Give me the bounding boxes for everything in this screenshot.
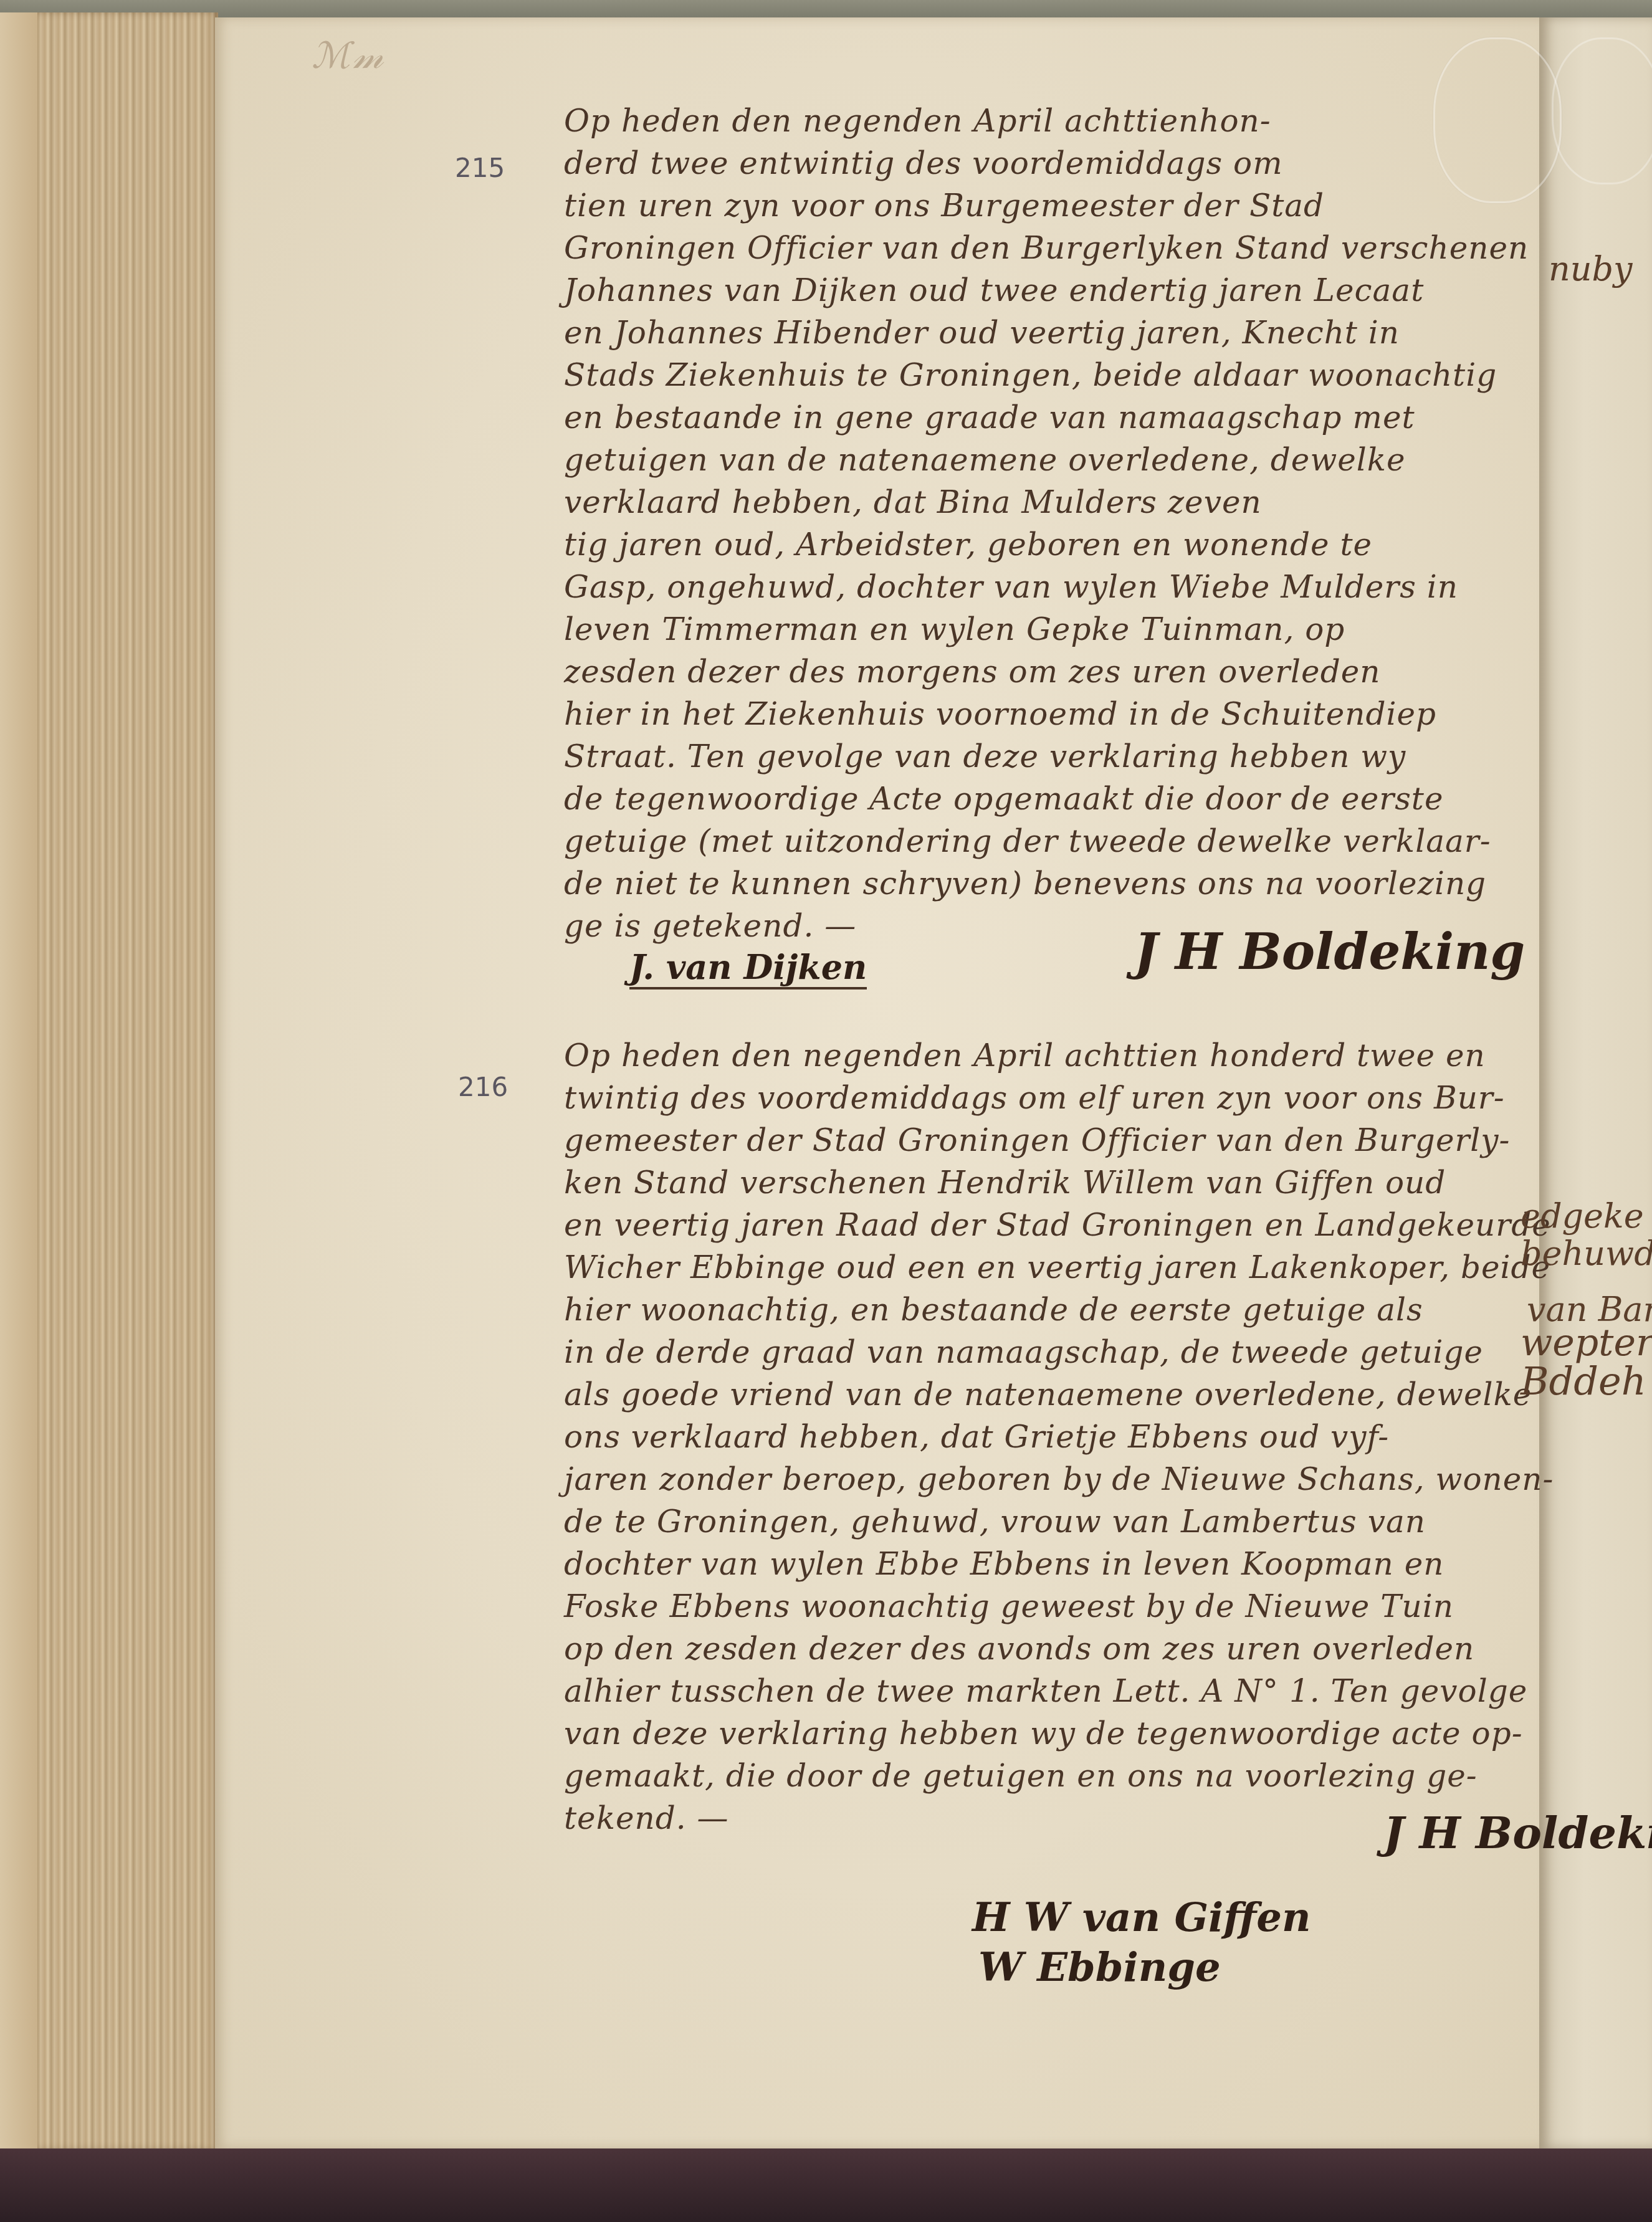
handwritten-line: Groningen Officier van den Burgerlyken S… bbox=[564, 230, 1529, 266]
signature-registrar: J H Boldeking bbox=[1383, 1807, 1652, 1859]
pencil-mark: ℳ𝓂 bbox=[312, 34, 386, 77]
handwritten-line: de tegenwoordige Acte opgemaakt die door… bbox=[564, 781, 1443, 817]
handwritten-line: hier woonachtig, en bestaande de eerste … bbox=[564, 1292, 1423, 1328]
handwritten-line: Gasp, ongehuwd, dochter van wylen Wiebe … bbox=[564, 569, 1458, 605]
handwritten-line: op den zesden dezer des avonds om zes ur… bbox=[564, 1631, 1474, 1667]
handwritten-line: ons verklaard hebben, dat Grietje Ebbens… bbox=[564, 1419, 1389, 1455]
handwritten-line: van deze verklaring hebben wy de tegenwo… bbox=[564, 1715, 1523, 1752]
handwritten-line: tekend. — bbox=[564, 1800, 729, 1836]
handwritten-line: twintig des voordemiddags om elf uren zy… bbox=[564, 1080, 1505, 1116]
handwritten-line: Johannes van Dijken oud twee endertig ja… bbox=[564, 272, 1424, 308]
handwritten-line: Foske Ebbens woonachtig geweest by de Ni… bbox=[564, 1588, 1454, 1624]
handwritten-line: tien uren zyn voor ons Burgemeester der … bbox=[564, 188, 1324, 224]
handwritten-line: de niet te kunnen schryven) benevens ons… bbox=[564, 865, 1486, 902]
signature-witness: W Ebbinge bbox=[978, 1944, 1221, 1991]
handwritten-line: Op heden den negenden April achttienhon- bbox=[564, 103, 1271, 139]
handwritten-line: Stads Ziekenhuis te Groningen, beide ald… bbox=[564, 357, 1497, 393]
handwritten-line: verklaard hebben, dat Bina Mulders zeven bbox=[564, 484, 1262, 520]
handwritten-line: gemaakt, die door de getuigen en ons na … bbox=[564, 1758, 1478, 1794]
facing-page-text: nuby bbox=[1549, 249, 1633, 288]
folio-number: 216 bbox=[458, 1072, 508, 1102]
handwritten-line: dochter van wylen Ebbe Ebbens in leven K… bbox=[564, 1546, 1444, 1582]
signature-witness: H W van Giffen bbox=[972, 1894, 1311, 1941]
handwritten-line: tig jaren oud, Arbeidster, geboren en wo… bbox=[564, 527, 1372, 563]
signature-witness: J. van Dijken bbox=[629, 947, 867, 989]
handwritten-line: getuigen van de natenaemene overledene, … bbox=[564, 442, 1406, 478]
facing-page-text: edgeke bbox=[1521, 1196, 1644, 1236]
handwritten-line: als goede vriend van de natenaemene over… bbox=[564, 1376, 1532, 1413]
signature-registrar: J H Boldeking bbox=[1134, 922, 1525, 981]
book-page-edges bbox=[0, 12, 218, 2150]
handwritten-line: derd twee entwintig des voordemiddags om bbox=[564, 145, 1283, 181]
handwritten-line: de te Groningen, gehuwd, vrouw van Lambe… bbox=[564, 1504, 1426, 1540]
handwritten-line: Wicher Ebbinge oud een en veertig jaren … bbox=[564, 1249, 1550, 1285]
handwritten-line: hier in het Ziekenhuis voornoemd in de S… bbox=[564, 696, 1436, 732]
embossed-seal bbox=[1433, 37, 1562, 203]
handwritten-line: getuige (met uitzondering der tweede dew… bbox=[564, 823, 1491, 859]
facing-page-text: behuwd bbox=[1521, 1234, 1652, 1273]
folio-number: 215 bbox=[455, 153, 505, 183]
handwritten-line: jaren zonder beroep, geboren by de Nieuw… bbox=[564, 1461, 1554, 1497]
handwritten-line: Straat. Ten gevolge van deze verklaring … bbox=[564, 738, 1406, 775]
handwritten-line: ken Stand verschenen Hendrik Willem van … bbox=[564, 1165, 1446, 1201]
handwritten-line: zesden dezer des morgens om zes uren ove… bbox=[564, 654, 1380, 690]
handwritten-line: gemeester der Stad Groningen Officier va… bbox=[564, 1122, 1511, 1158]
facing-page-text: Bddeh bbox=[1521, 1358, 1646, 1404]
handwritten-line: in de derde graad van namaagschap, de tw… bbox=[564, 1334, 1483, 1370]
handwritten-line: en veertig jaren Raad der Stad Groningen… bbox=[564, 1207, 1551, 1243]
handwritten-line: en bestaande in gene graade van namaagsc… bbox=[564, 399, 1415, 436]
handwritten-line: Op heden den negenden April achttien hon… bbox=[564, 1037, 1486, 1074]
handwritten-line: alhier tusschen de twee markten Lett. A … bbox=[564, 1673, 1527, 1709]
handwritten-line: leven Timmerman en wylen Gepke Tuinman, … bbox=[564, 611, 1345, 647]
scanner-bed bbox=[0, 2148, 1652, 2222]
embossed-seal-facing bbox=[1552, 37, 1652, 184]
handwritten-line: en Johannes Hibender oud veertig jaren, … bbox=[564, 315, 1400, 351]
handwritten-line: ge is getekend. — bbox=[564, 908, 856, 944]
